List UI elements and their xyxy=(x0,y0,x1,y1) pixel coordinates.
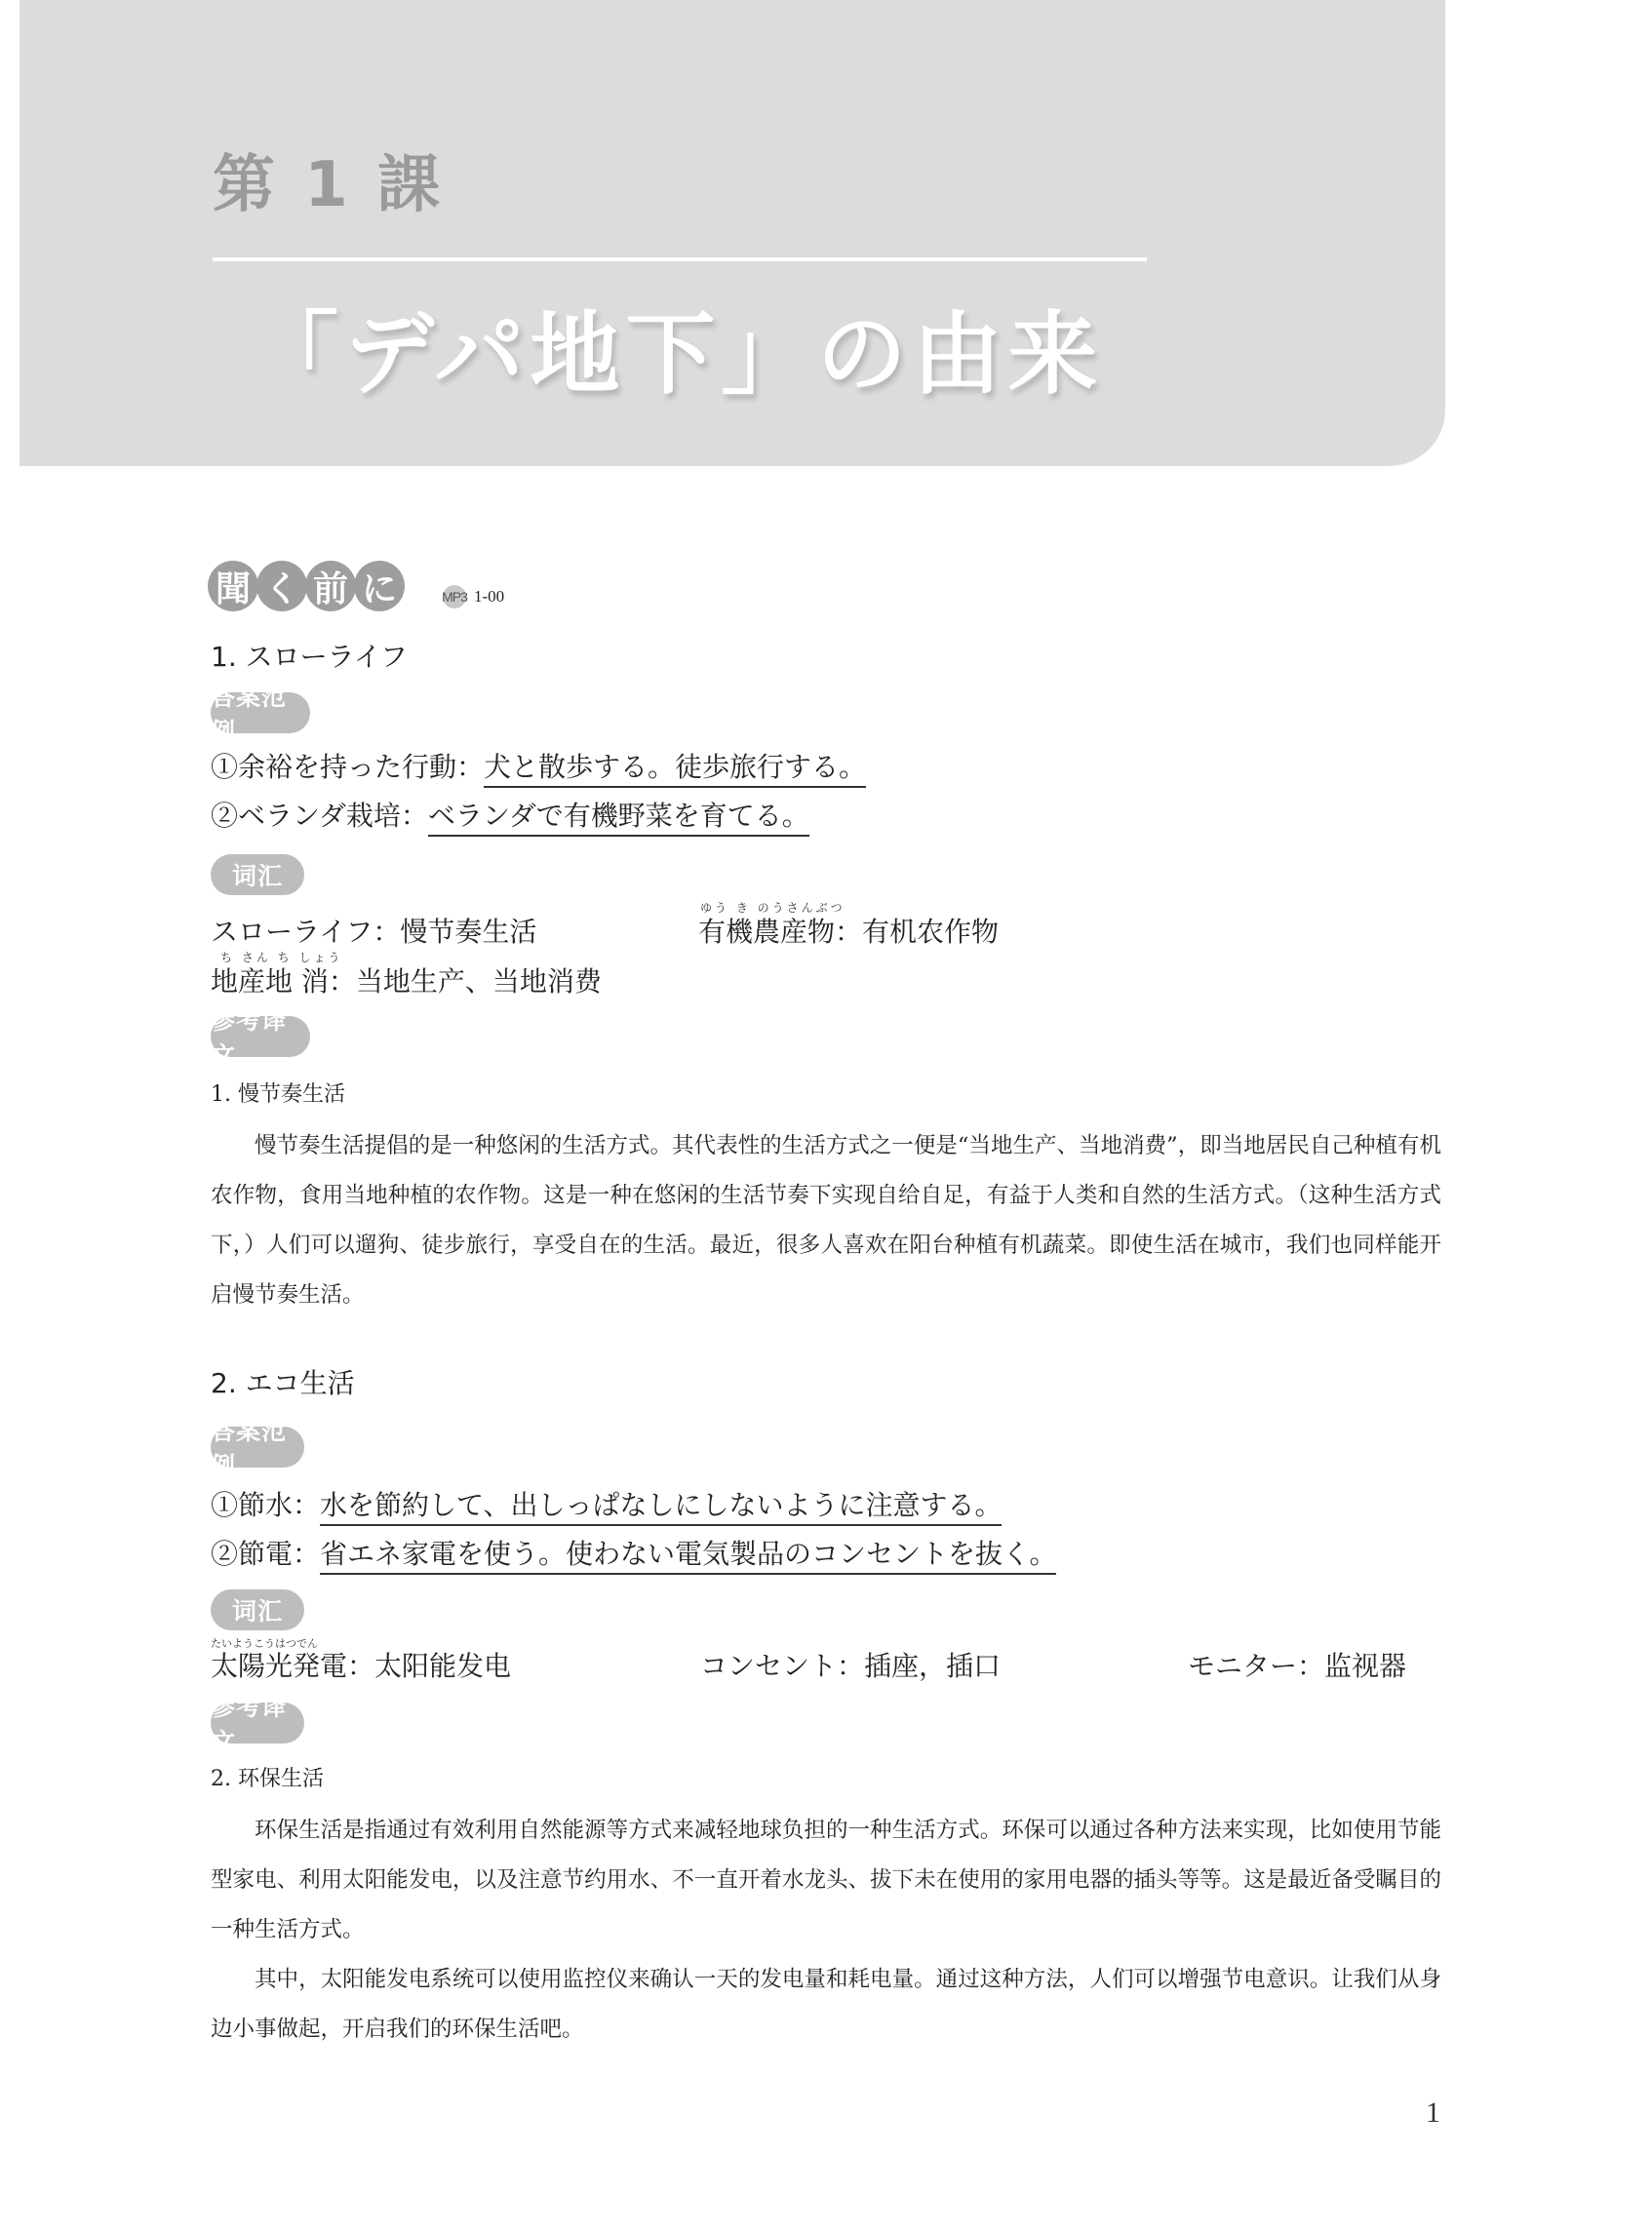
vocab-item: スローライフ：慢节奏生活 xyxy=(211,919,536,946)
mp3-icon: MP3 xyxy=(443,585,466,608)
vocab-item: 太陽光発電：太阳能发电 xyxy=(211,1653,511,1680)
vocab-ruby: たいようこうはつでん xyxy=(211,1638,318,1649)
translation-body: 慢节奏生活提倡的是一种悠闲的生活方式。其代表性的生活方式之一便是“当地生产、当地… xyxy=(211,1121,1441,1320)
answer-prefix: ②ベランダ栽培： xyxy=(211,800,428,832)
banner-char: に xyxy=(354,561,405,611)
topic-1-heading: 1. スローライフ xyxy=(211,644,408,671)
vocabulary-label: 词汇 xyxy=(211,854,304,895)
topic-2-heading: 2. エコ生活 xyxy=(211,1370,355,1397)
answer-example-label: 答案范例 xyxy=(211,1427,304,1468)
vocab-meaning: ：太阳能发电 xyxy=(347,1650,511,1682)
banner-char: 前 xyxy=(305,561,356,611)
vocabulary-label: 词汇 xyxy=(211,1589,304,1630)
answer-prefix: ①節水： xyxy=(211,1489,320,1521)
vocab-item: モニター：监视器 xyxy=(1188,1653,1406,1680)
vocab-term: コンセント xyxy=(700,1650,837,1682)
track-number: 1-00 xyxy=(474,587,504,607)
answer-prefix: ①余裕を持った行動： xyxy=(211,751,484,783)
answer-text: ベランダで有機野菜を育てる。 xyxy=(428,800,809,837)
vocab-item: 有機農産物：有机农作物 xyxy=(698,919,999,946)
answer-line: ①節水：水を節約して、出しっぱなしにしないように注意する。 xyxy=(211,1492,1002,1519)
vocab-item: 地産地 消：当地生产、当地消费 xyxy=(211,968,602,996)
vocab-term: 太陽光発電 xyxy=(211,1650,347,1682)
vocab-meaning: ：监视器 xyxy=(1297,1650,1406,1682)
pre-listening-banner: 聞 く 前 に xyxy=(208,561,403,611)
banner-char: く xyxy=(256,561,307,611)
vocab-meaning: ：慢节奏生活 xyxy=(373,916,536,948)
translation-body: 环保生活是指通过有效利用自然能源等方式来减轻地球负担的一种生活方式。环保可以通过… xyxy=(211,1806,1441,2055)
mp3-track-badge: MP3 1-00 xyxy=(443,585,504,608)
page-number: 1 xyxy=(1426,2096,1440,2130)
translation-paragraph: 慢节奏生活提倡的是一种悠闲的生活方式。其代表性的生活方式之一便是“当地生产、当地… xyxy=(211,1121,1441,1320)
lesson-title: 「デパ地下」の由来 xyxy=(249,310,1103,400)
translation-title: 1. 慢节奏生活 xyxy=(211,1084,345,1106)
vocab-term: スローライフ xyxy=(211,916,373,948)
answer-example-label: 答案范例 xyxy=(211,692,310,733)
vocab-item: コンセント：插座，插口 xyxy=(700,1653,1001,1680)
vocab-term: 地産地 消 xyxy=(211,965,329,998)
banner-char: 聞 xyxy=(208,561,258,611)
vocab-term: モニター xyxy=(1188,1650,1297,1682)
translation-paragraph: 环保生活是指通过有效利用自然能源等方式来减轻地球负担的一种生活方式。环保可以通过… xyxy=(211,1806,1441,1955)
answer-line: ①余裕を持った行動：犬と散歩する。徒歩旅行する。 xyxy=(211,754,866,781)
translation-paragraph: 其中，太阳能发电系统可以使用监控仪来确认一天的发电量和耗电量。通过这种方法，人们… xyxy=(211,1955,1441,2055)
answer-prefix: ②節電： xyxy=(211,1538,320,1570)
reference-translation-label: 参考译文 xyxy=(211,1016,310,1057)
vocab-ruby: ゆう き のうさんぶつ xyxy=(700,902,846,914)
title-divider xyxy=(213,257,1147,261)
answer-line: ②節電：省エネ家電を使う。使わない電気製品のコンセントを抜く。 xyxy=(211,1541,1056,1568)
vocab-ruby: ち さん ち しょう xyxy=(220,952,342,963)
answer-text: 省エネ家電を使う。使わない電気製品のコンセントを抜く。 xyxy=(320,1538,1056,1575)
vocab-term: 有機農産物 xyxy=(698,916,835,948)
answer-text: 水を節約して、出しっぱなしにしないように注意する。 xyxy=(320,1489,1002,1526)
vocab-meaning: ：有机农作物 xyxy=(835,916,999,948)
vocab-meaning: ：当地生产、当地消费 xyxy=(329,965,602,998)
reference-translation-label: 参考译文 xyxy=(211,1703,304,1743)
answer-text: 犬と散歩する。徒歩旅行する。 xyxy=(484,751,866,788)
translation-title: 2. 环保生活 xyxy=(211,1769,324,1790)
vocab-meaning: ：插座，插口 xyxy=(837,1650,1001,1682)
answer-line: ②ベランダ栽培：ベランダで有機野菜を育てる。 xyxy=(211,803,809,830)
lesson-number: 第 1 課 xyxy=(213,154,444,216)
